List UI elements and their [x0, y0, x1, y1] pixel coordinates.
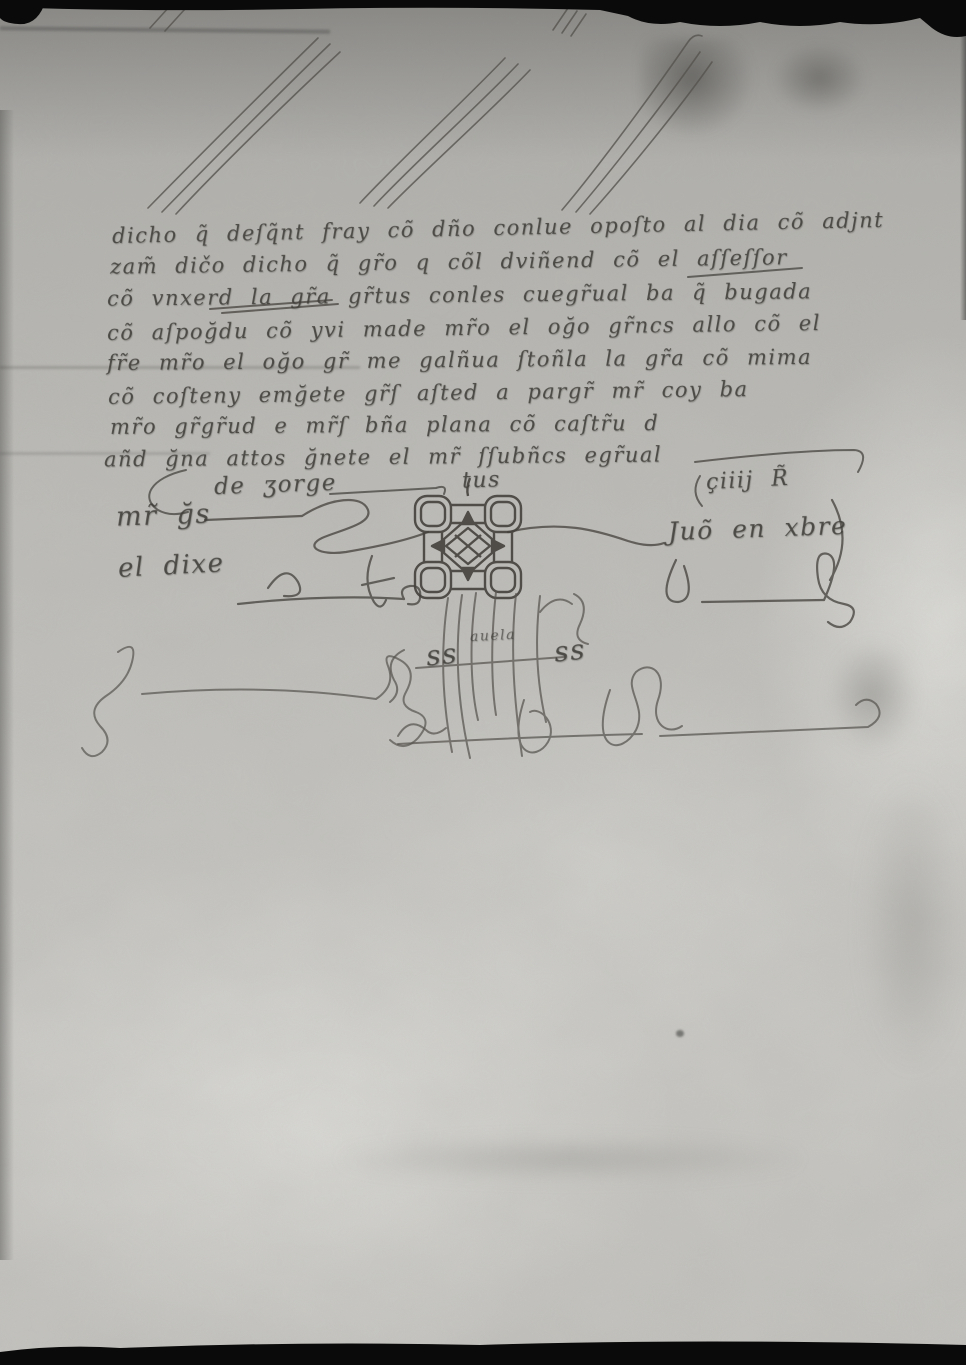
- signature-text: mr̃ ğs: [115, 498, 211, 532]
- signature-text: el dixe: [117, 548, 225, 584]
- handwritten-line: añd ğna attos ğnete el mr̃ ſſubñcs egr̃u…: [104, 443, 662, 472]
- rubric-letters: ss: [424, 636, 459, 672]
- handwritten-line: mr̃o gr̃gr̃ud e mr̃ſ bña plana cõ caſtr̃…: [110, 411, 659, 439]
- rubric-word: auela: [470, 627, 517, 645]
- paper-texture: [0, 0, 966, 1365]
- scanned-document: dicho q̃ deſq̃nt fray cõ dño conlue opoſ…: [0, 0, 966, 1365]
- handwritten-fragment: çiiij R̃: [705, 466, 790, 495]
- handwritten-fragment: tus: [462, 467, 502, 493]
- handwritten-fragment: de ʒorge: [214, 470, 338, 500]
- rubric-letters: ss: [552, 632, 587, 668]
